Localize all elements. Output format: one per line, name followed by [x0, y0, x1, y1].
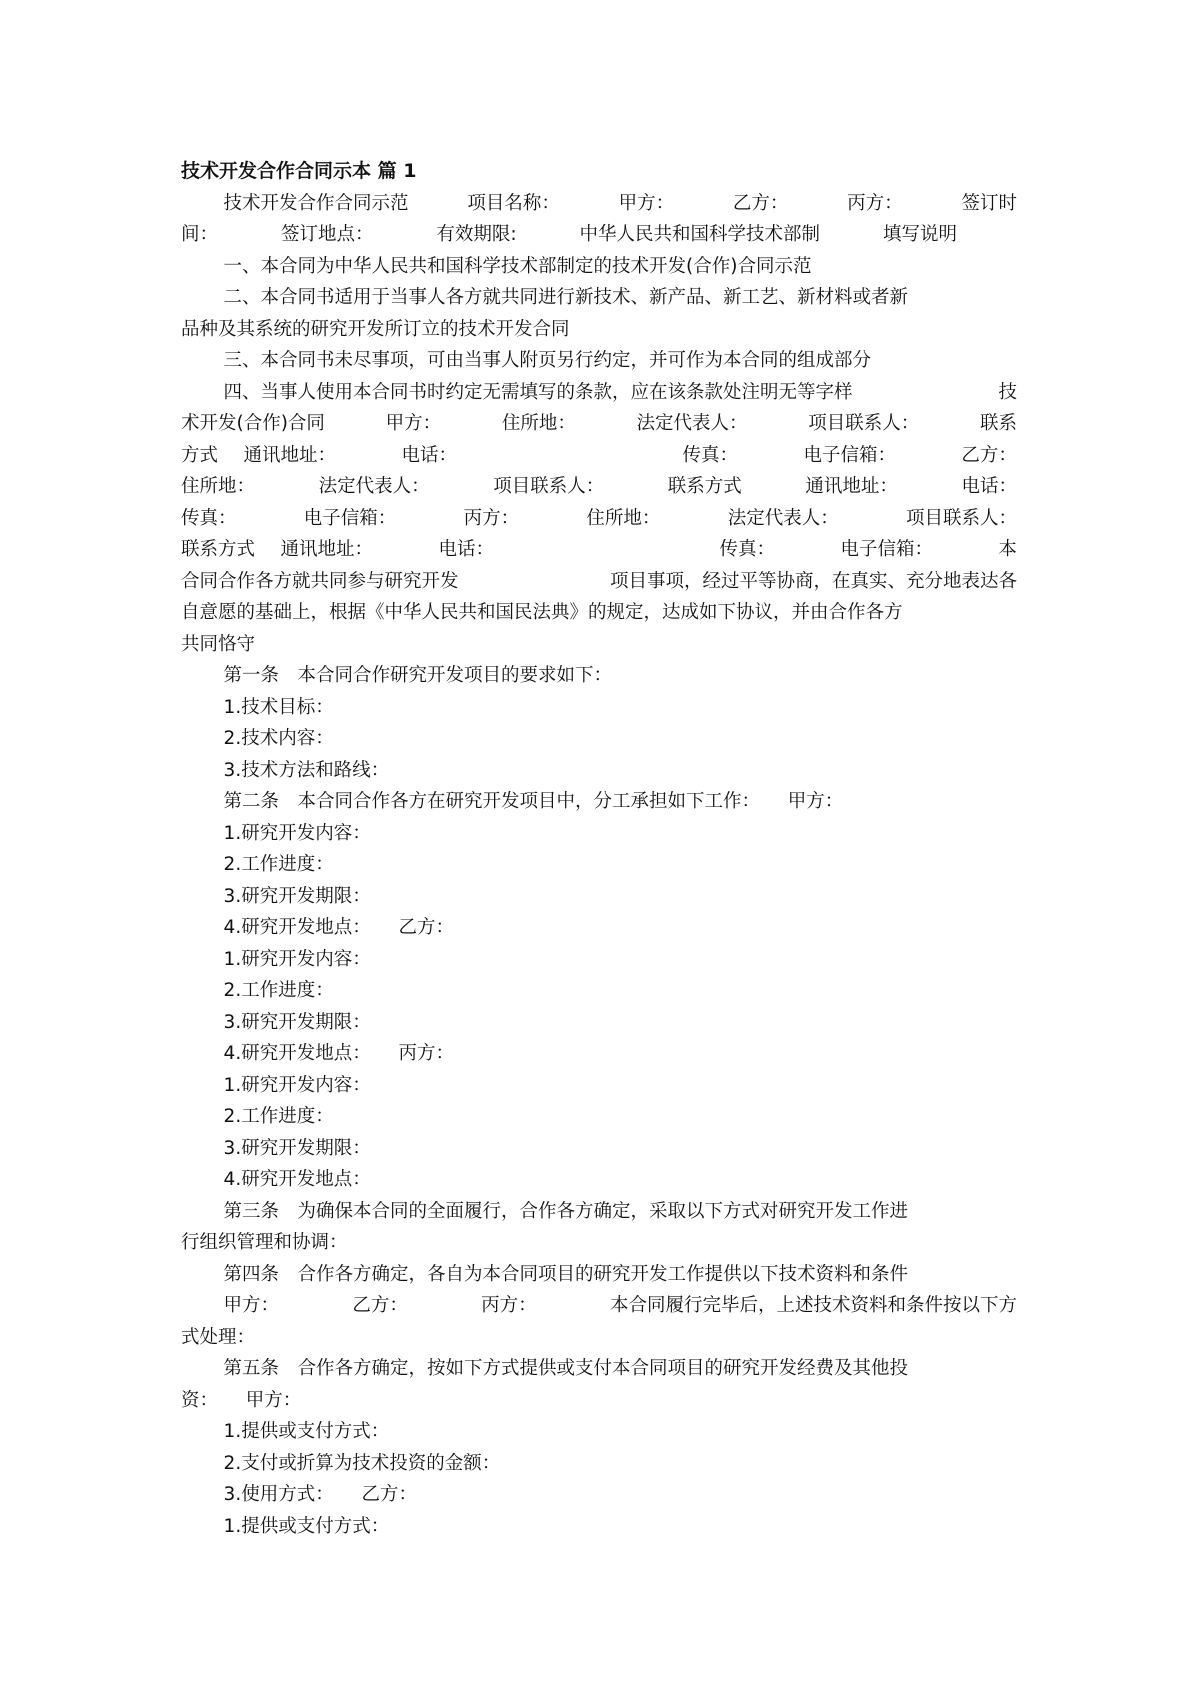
article-4-line-2: 甲方： 乙方： 丙方： 本合同履行完毕后，上述技术资料和条件按以下方	[181, 1290, 1017, 1322]
note-2-cont: 品种及其系统的研究开发所订立的技术开发合同	[181, 314, 1017, 346]
address-label: 住所地：	[586, 503, 660, 535]
parties-line-8: 自意愿的基础上，根据《中华人民共和国民法典》的规定，达成如下协议，并由合作各方	[181, 597, 1017, 629]
article-5-item: 1.提供或支付方式：	[181, 1416, 1017, 1448]
address-label: 住所地：	[502, 408, 576, 440]
article-1-item: 3.技术方法和路线：	[181, 755, 1017, 787]
party-a-label: 甲方：	[386, 408, 442, 440]
contact-method-label: 联系方式	[668, 471, 742, 503]
document-title: 技术开发合作合同示本 篇 1	[181, 156, 1017, 188]
text-fragment: 本	[998, 534, 1017, 566]
fax-label: 传真：	[719, 534, 775, 566]
article-4-text: 本合同履行完毕后，上述技术资料和条件按以下方	[610, 1290, 1017, 1322]
signing-place-label: 签订地点：	[281, 219, 374, 251]
article-1-item: 2.技术内容：	[181, 723, 1017, 755]
article-2-item: 1.研究开发内容：	[181, 1070, 1017, 1102]
issuer-text: 中华人民共和国科学技术部制	[580, 219, 821, 251]
document-page: 技术开发合作合同示本 篇 1 技术开发合作合同示范 项目名称： 甲方： 乙方： …	[181, 156, 1017, 1542]
intro-line-1: 技术开发合作合同示范 项目名称： 甲方： 乙方： 丙方： 签订时	[181, 188, 1017, 220]
party-a-label: 甲方：	[224, 1290, 280, 1322]
article-5-line-1: 第五条 合作各方确定，按如下方式提供或支付本合同项目的研究开发经费及其他投	[181, 1353, 1017, 1385]
note-4: 四、当事人使用本合同书时约定无需填写的条款，应在该条款处注明无等字样	[224, 377, 853, 409]
address-label: 住所地：	[181, 471, 255, 503]
parties-line-2: 术开发(合作)合同 甲方： 住所地： 法定代表人： 项目联系人： 联系	[181, 408, 1017, 440]
contact-method-label: 联系方式	[181, 534, 255, 566]
note-1: 一、本合同为中华人民共和国科学技术部制定的技术开发(合作)合同示范	[181, 251, 1017, 283]
intro-text: 技术开发合作合同示范	[224, 188, 409, 220]
contract-name: 术开发(合作)合同	[181, 408, 325, 440]
article-3-line-2: 行组织管理和协调：	[181, 1227, 1017, 1259]
parties-line-9: 共同恪守	[181, 629, 1017, 661]
note-2: 二、本合同书适用于当事人各方就共同进行新技术、新产品、新工艺、新材料或者新	[181, 282, 1017, 314]
article-2-item: 1.研究开发内容：	[181, 944, 1017, 976]
mailing-address-label: 通讯地址：	[280, 534, 373, 566]
article-5-item: 3.使用方式： 乙方：	[181, 1479, 1017, 1511]
project-contact-label: 项目联系人：	[493, 471, 604, 503]
article-2-item: 2.工作进度：	[181, 849, 1017, 881]
legal-rep-label: 法定代表人：	[319, 471, 430, 503]
article-1-heading: 第一条 本合同合作研究开发项目的要求如下：	[181, 660, 1017, 692]
parties-line-4: 住所地： 法定代表人： 项目联系人： 联系方式 通讯地址： 电话：	[181, 471, 1017, 503]
article-2-heading: 第二条 本合同合作各方在研究开发项目中，分工承担如下工作： 甲方：	[181, 786, 1017, 818]
legal-rep-label: 法定代表人：	[637, 408, 748, 440]
agreement-text: 项目事项，经过平等协商，在真实、充分地表达各	[610, 566, 1017, 598]
contact-method-label: 联系	[980, 408, 1017, 440]
article-3-line-1: 第三条 为确保本合同的全面履行，合作各方确定，采取以下方式对研究开发工作进	[181, 1196, 1017, 1228]
note-3: 三、本合同书未尽事项，可由当事人附页另行约定，并可作为本合同的组成部分	[181, 345, 1017, 377]
article-2-item: 2.工作进度：	[181, 975, 1017, 1007]
agreement-text: 合同合作各方就共同参与研究开发	[181, 566, 459, 598]
fax-label: 传真：	[181, 503, 237, 535]
article-4-line-3: 式处理：	[181, 1322, 1017, 1354]
article-1-item: 1.技术目标：	[181, 692, 1017, 724]
project-name-label: 项目名称：	[467, 188, 560, 220]
parties-line-7: 合同合作各方就共同参与研究开发 项目事项，经过平等协商，在真实、充分地表达各	[181, 566, 1017, 598]
article-2-item: 2.工作进度：	[181, 1101, 1017, 1133]
party-b-label: 乙方：	[352, 1290, 408, 1322]
party-c-label: 丙方：	[481, 1290, 537, 1322]
article-2-item: 4.研究开发地点： 乙方：	[181, 912, 1017, 944]
article-2-item: 4.研究开发地点： 丙方：	[181, 1038, 1017, 1070]
mailing-address-label: 通讯地址：	[243, 440, 336, 472]
instructions-label: 填写说明	[883, 219, 957, 251]
phone-label: 电话：	[961, 471, 1017, 503]
fax-label: 传真：	[682, 440, 738, 472]
contact-method-label-cont: 方式	[181, 440, 218, 472]
article-5-item: 2.支付或折算为技术投资的金额：	[181, 1448, 1017, 1480]
parties-line-5: 传真： 电子信箱： 丙方： 住所地： 法定代表人： 项目联系人：	[181, 503, 1017, 535]
email-label: 电子信箱：	[803, 440, 896, 472]
article-5-line-2: 资： 甲方：	[181, 1385, 1017, 1417]
parties-line-6: 联系方式 通讯地址： 电话： 传真： 电子信箱： 本	[181, 534, 1017, 566]
signing-time-label: 签订时	[961, 188, 1017, 220]
article-5-item: 1.提供或支付方式：	[181, 1511, 1017, 1543]
party-a-label: 甲方：	[619, 188, 675, 220]
legal-rep-label: 法定代表人：	[728, 503, 839, 535]
party-c-label: 丙方：	[464, 503, 520, 535]
validity-label: 有效期限:	[436, 219, 516, 251]
article-2-item: 1.研究开发内容：	[181, 818, 1017, 850]
phone-label: 电话：	[401, 440, 457, 472]
article-2-item: 3.研究开发期限：	[181, 1133, 1017, 1165]
parties-line-1: 四、当事人使用本合同书时约定无需填写的条款，应在该条款处注明无等字样 技	[181, 377, 1017, 409]
parties-line-3: 方式 通讯地址： 电话： 传真： 电子信箱： 乙方：	[181, 440, 1017, 472]
party-c-label: 丙方：	[847, 188, 903, 220]
project-contact-label: 项目联系人：	[808, 408, 919, 440]
email-label: 电子信箱：	[840, 534, 933, 566]
signing-time-label-cont: 间：	[181, 219, 218, 251]
text-fragment: 技	[998, 377, 1017, 409]
email-label: 电子信箱：	[304, 503, 397, 535]
phone-label: 电话：	[438, 534, 494, 566]
project-contact-label: 项目联系人：	[906, 503, 1017, 535]
article-4-line-1: 第四条 合作各方确定，各自为本合同项目的研究开发工作提供以下技术资料和条件	[181, 1259, 1017, 1291]
intro-line-2: 间： 签订地点： 有效期限: 中华人民共和国科学技术部制 填写说明	[181, 219, 1017, 251]
mailing-address-label: 通讯地址：	[805, 471, 898, 503]
party-b-label: 乙方：	[961, 440, 1017, 472]
article-2-item: 3.研究开发期限：	[181, 881, 1017, 913]
party-b-label: 乙方：	[733, 188, 789, 220]
article-2-item: 3.研究开发期限：	[181, 1007, 1017, 1039]
article-2-item: 4.研究开发地点：	[181, 1164, 1017, 1196]
